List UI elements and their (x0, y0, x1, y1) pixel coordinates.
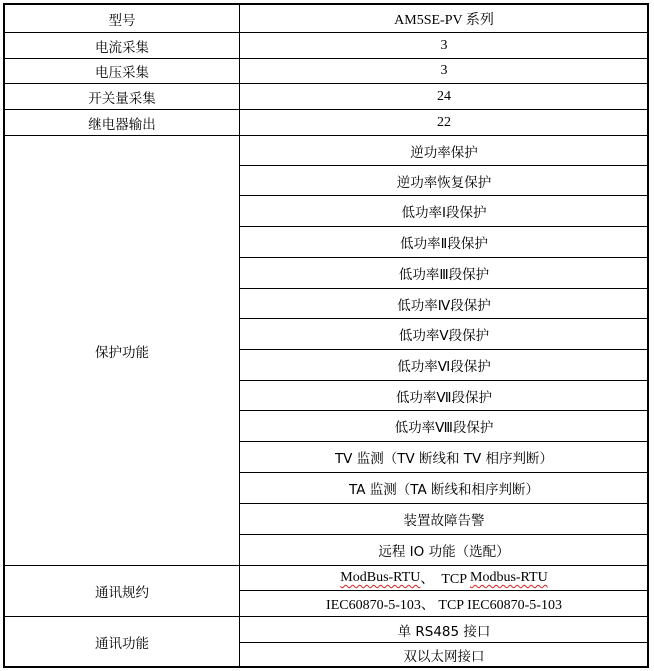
comm-item-ethernet: 双以太网接口 (240, 643, 648, 667)
label-voltage-acquisition: 电压采集 (5, 59, 239, 83)
label-digital-input: 开关量采集 (5, 84, 239, 109)
protection-item: 远程 IO 功能（选配） (240, 535, 648, 565)
protection-item: 低功率Ⅵ段保护 (240, 350, 648, 380)
label-relay-output: 继电器输出 (5, 110, 239, 135)
protocol-item-modbus: ModBus-RTU、 TCP Modbus-RTU (240, 566, 648, 590)
protocol-modbus-rtu: ModBus-RTU (340, 570, 420, 586)
label-communication: 通讯功能 (5, 617, 239, 667)
value-relay-output: 22 (240, 110, 648, 135)
protection-item: 低功率Ⅲ段保护 (240, 258, 648, 288)
protocol-separator: 、 TCP (420, 568, 470, 588)
protection-item: 逆功率恢复保护 (240, 166, 648, 195)
value-model: AM5SE-PV 系列 (240, 5, 648, 32)
comm-item-rs485: 单 RS485 接口 (240, 617, 648, 642)
protection-item: 逆功率保护 (240, 136, 648, 165)
protection-item: 低功率Ⅴ段保护 (240, 319, 648, 349)
label-protection: 保护功能 (5, 136, 239, 565)
label-model: 型号 (5, 5, 239, 32)
label-current-acquisition: 电流采集 (5, 33, 239, 58)
protocol-item-iec: IEC60870-5-103、 TCP IEC60870-5-103 (240, 591, 648, 616)
value-digital-input: 24 (240, 84, 648, 109)
protection-item: 低功率Ⅷ段保护 (240, 411, 648, 441)
label-protocol: 通讯规约 (5, 566, 239, 616)
protection-item: 低功率Ⅱ段保护 (240, 227, 648, 257)
protection-item: TV 监测（TV 断线和 TV 相序判断） (240, 442, 648, 472)
value-voltage-acquisition: 3 (240, 59, 648, 83)
protection-item: 低功率Ⅶ段保护 (240, 381, 648, 410)
protection-item: 装置故障告警 (240, 504, 648, 534)
value-current-acquisition: 3 (240, 33, 648, 58)
protocol-tcp-modbus-rtu: Modbus-RTU (470, 570, 548, 586)
protection-item: 低功率Ⅳ段保护 (240, 289, 648, 318)
protection-item: 低功率Ⅰ段保护 (240, 196, 648, 226)
protection-item: TA 监测（TA 断线和相序判断） (240, 473, 648, 503)
